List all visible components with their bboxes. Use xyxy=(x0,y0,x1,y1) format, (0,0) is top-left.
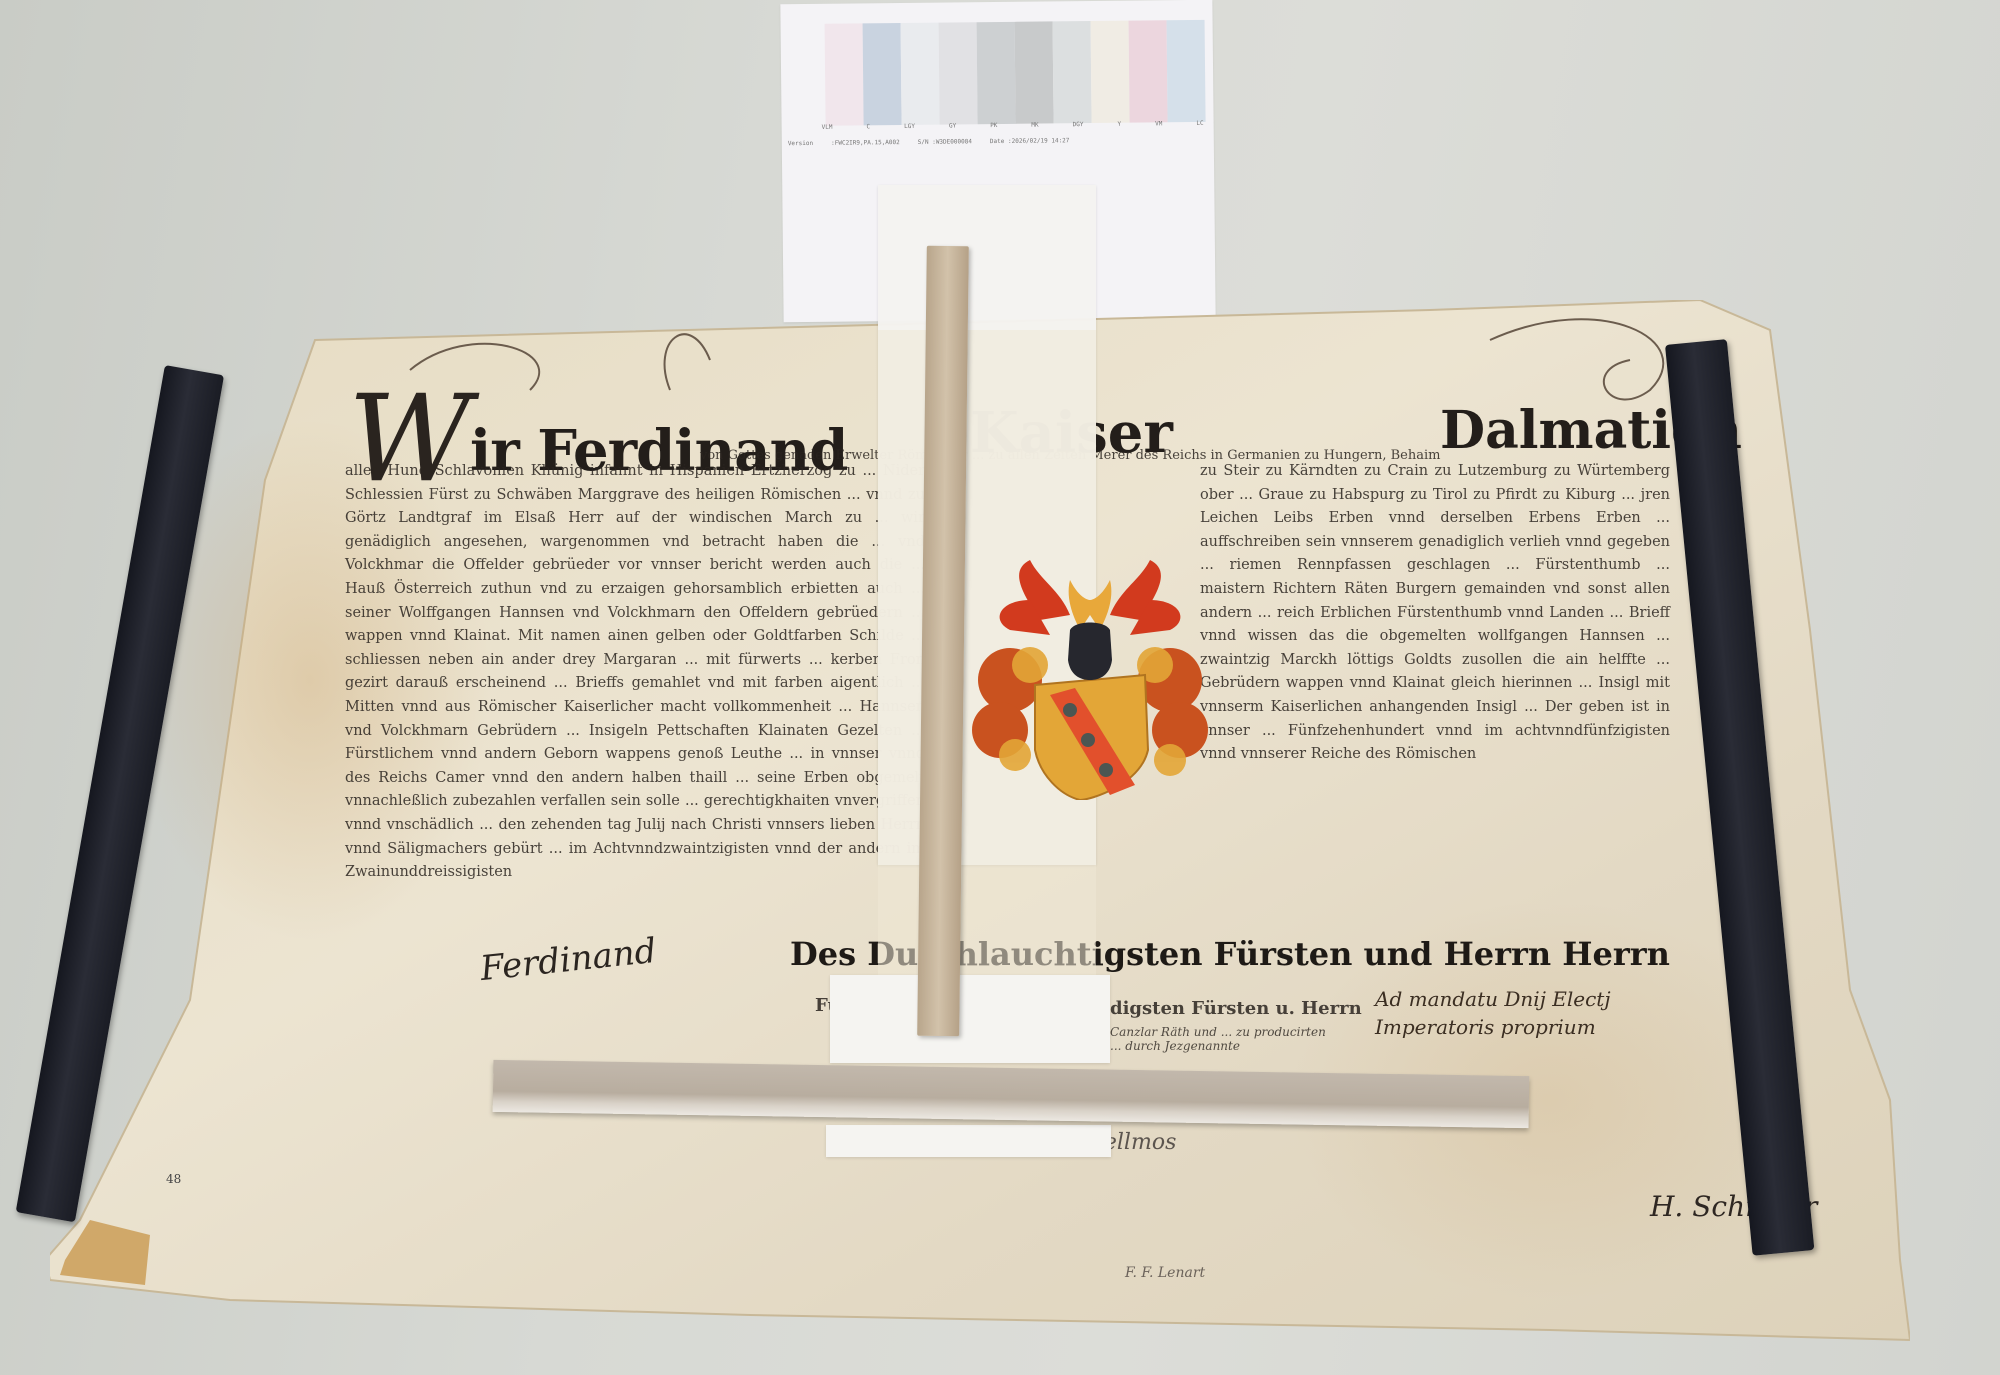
swatch-label: LC xyxy=(1196,120,1203,127)
swatch-label: DGY xyxy=(1073,121,1084,128)
swatch-label: VLM xyxy=(822,124,833,131)
ad-mandatum-line-1: Ad mandatu Dnij Electj xyxy=(1375,985,1611,1013)
color-swatch xyxy=(825,23,864,125)
color-swatch xyxy=(939,22,978,124)
swatch-label: PK xyxy=(990,122,997,129)
version-label: Version xyxy=(788,140,813,147)
swatch-label: LGY xyxy=(904,123,915,130)
closing-line-3-right: digsten Fürsten u. Herrn xyxy=(1110,998,1362,1019)
color-swatch xyxy=(1129,20,1168,122)
color-swatch xyxy=(1053,21,1092,123)
color-swatch xyxy=(1091,21,1130,123)
color-swatch xyxy=(1015,21,1054,123)
swatch-label: C xyxy=(866,123,870,130)
serial-number: S/N :W3DE000084 xyxy=(918,138,972,146)
coat-of-arms xyxy=(970,560,1210,800)
print-date: Date :2026/02/19 14:27 xyxy=(990,137,1070,145)
body-text-left: allen Hund Schlavonien Khünig infannt in… xyxy=(345,460,925,885)
color-swatch xyxy=(1167,20,1206,122)
ad-mandatum-line-2: Imperatoris proprium xyxy=(1375,1013,1611,1041)
signature-bottom: F. F. Lenart xyxy=(1125,1265,1205,1281)
color-swatch xyxy=(977,22,1016,124)
catalog-number: 48 xyxy=(166,1172,181,1186)
body-text-right: zu Steir zu Kärndten zu Crain zu Lutzemb… xyxy=(1200,460,1670,767)
swatch-label: MK xyxy=(1031,122,1038,129)
swatch-label: GY xyxy=(949,122,956,129)
swatch-label: Y xyxy=(1117,121,1121,128)
swatch-label: VM xyxy=(1155,120,1162,127)
color-swatch-row xyxy=(825,20,1206,126)
card-metadata: Version :FWC2IR9,PA.15,A002 S/N :W3DE000… xyxy=(788,136,1204,147)
closing-small-text: Canzlar Räth und ... zu producirten ... … xyxy=(1110,1025,1330,1053)
color-swatch xyxy=(863,23,902,125)
color-swatch xyxy=(901,23,940,125)
white-support-sheet-lower xyxy=(830,975,1110,1063)
version-value: :FWC2IR9,PA.15,A002 xyxy=(831,139,900,147)
white-support-sheet-bottom xyxy=(826,1125,1111,1157)
ad-mandatum-note: Ad mandatu Dnij Electj Imperatoris propr… xyxy=(1375,985,1611,1041)
coat-of-arms-icon xyxy=(970,560,1210,800)
